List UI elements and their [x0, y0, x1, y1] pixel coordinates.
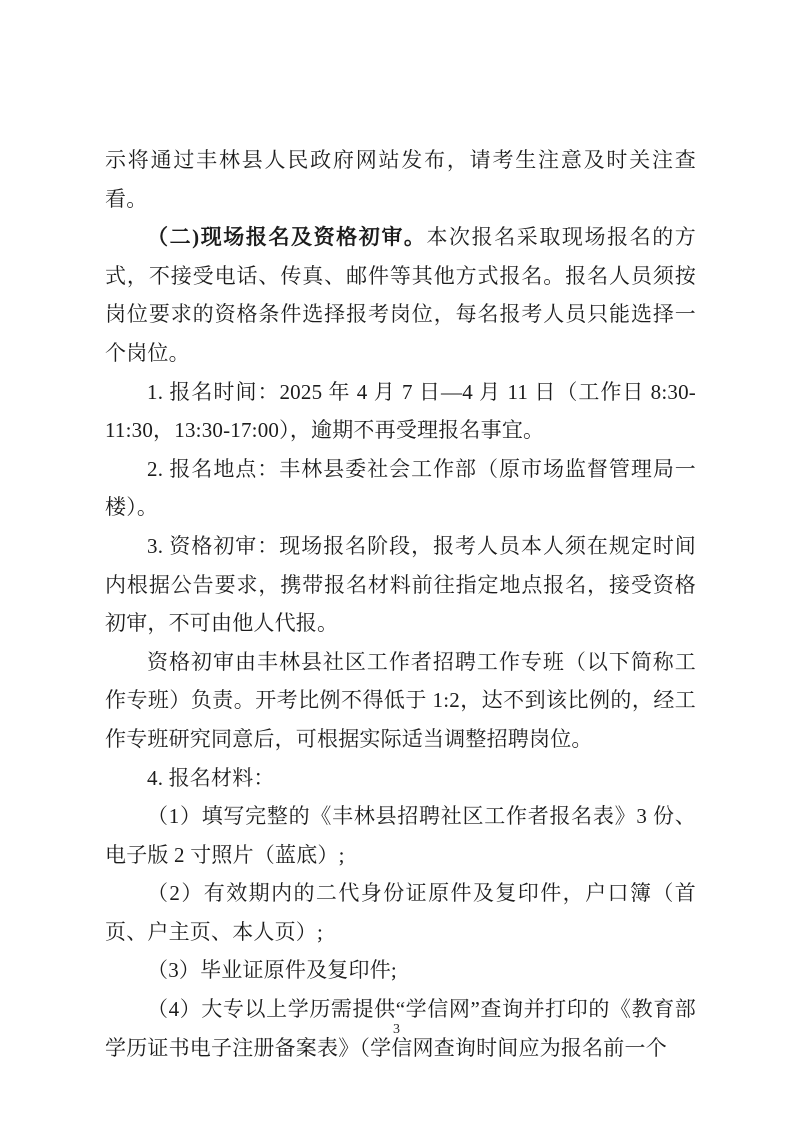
paragraph-text: 3. 资格初审：现场报名阶段，报考人员本人须在规定时间内根据公告要求，携带报名材… [105, 534, 696, 635]
paragraph-text: 1. 报名时间：2025 年 4 月 7 日—4 月 11 日（工作日 8:30… [105, 380, 696, 443]
page-number: 3 [0, 1022, 793, 1038]
paragraph-text: 资格初审由丰林县社区工作者招聘工作专班（以下简称工作专班）负责。开考比例不得低于… [105, 650, 696, 751]
paragraph-material-3: （3）毕业证原件及复印件; [105, 951, 696, 990]
paragraph-registration-location: 2. 报名地点：丰林县委社会工作部（原市场监督管理局一楼）。 [105, 450, 696, 527]
paragraph-material-1: （1）填写完整的《丰林县招聘社区工作者报名表》3 份、电子版 2 寸照片（蓝底）… [105, 797, 696, 874]
paragraph-text: （1）填写完整的《丰林县招聘社区工作者报名表》3 份、电子版 2 寸照片（蓝底）… [105, 804, 696, 867]
paragraph-text: （3）毕业证原件及复印件; [147, 958, 397, 982]
document-page: 示将通过丰林县人民政府网站发布，请考生注意及时关注查看。 （二)现场报名及资格初… [0, 0, 793, 1122]
paragraph-section-heading: （二)现场报名及资格初审。本次报名采取现场报名的方式，不接受电话、传真、邮件等其… [105, 218, 696, 372]
paragraph-review-team: 资格初审由丰林县社区工作者招聘工作专班（以下简称工作专班）负责。开考比例不得低于… [105, 643, 696, 759]
section-heading-bold: （二)现场报名及资格初审。 [147, 225, 426, 249]
paragraph-text: 示将通过丰林县人民政府网站发布，请考生注意及时关注查看。 [105, 148, 696, 211]
paragraph-qualification-review: 3. 资格初审：现场报名阶段，报考人员本人须在规定时间内根据公告要求，携带报名材… [105, 527, 696, 643]
document-body: 示将通过丰林县人民政府网站发布，请考生注意及时关注查看。 （二)现场报名及资格初… [105, 141, 696, 1067]
paragraph-continuation: 示将通过丰林县人民政府网站发布，请考生注意及时关注查看。 [105, 141, 696, 218]
paragraph-text: （2）有效期内的二代身份证原件及复印件，户口簿（首页、户主页、本人页）; [105, 881, 696, 944]
paragraph-materials-heading: 4. 报名材料： [105, 759, 696, 798]
paragraph-registration-time: 1. 报名时间：2025 年 4 月 7 日—4 月 11 日（工作日 8:30… [105, 373, 696, 450]
paragraph-text: 4. 报名材料： [147, 766, 275, 790]
paragraph-material-2: （2）有效期内的二代身份证原件及复印件，户口簿（首页、户主页、本人页）; [105, 874, 696, 951]
paragraph-text: 2. 报名地点：丰林县委社会工作部（原市场监督管理局一楼）。 [105, 457, 696, 520]
